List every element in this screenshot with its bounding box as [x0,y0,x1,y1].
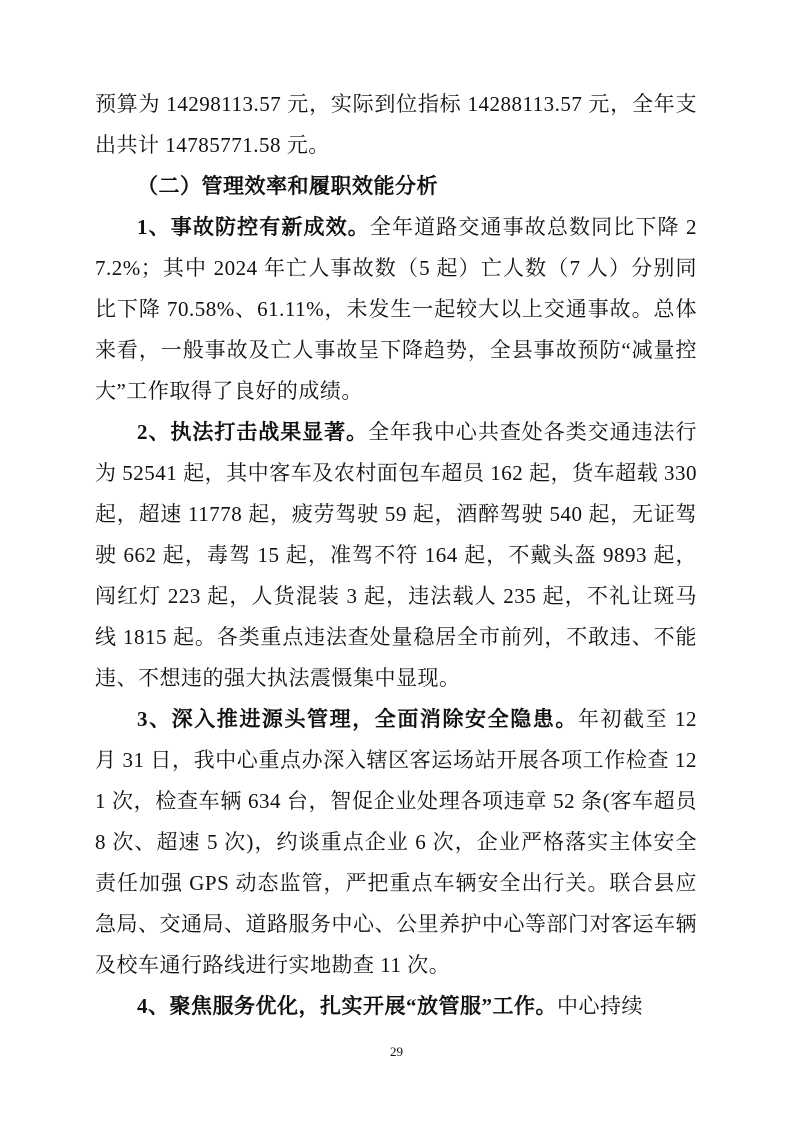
numbered-item-2-lead: 2、执法打击战果显著。 [137,420,368,444]
numbered-item-2: 2、执法打击战果显著。全年我中心共查处各类交通违法行为 52541 起，其中客车… [95,412,697,699]
section-heading: （二）管理效率和履职效能分析 [95,166,697,207]
numbered-item-3-body: 年初截至 12 月 31 日，我中心重点办深入辖区客运场站开展各项工作检查 12… [95,707,697,977]
continuation-paragraph: 预算为 14298113.57 元，实际到位指标 14288113.57 元，全… [95,84,697,166]
numbered-item-2-body: 全年我中心共查处各类交通违法行为 52541 起，其中客车及农村面包车超员 16… [95,420,697,690]
numbered-item-4-lead: 4、聚焦服务优化，扎实开展“放管服”工作。 [137,994,557,1018]
document-page: 预算为 14298113.57 元，实际到位指标 14288113.57 元，全… [0,0,793,1122]
document-text-block: 预算为 14298113.57 元，实际到位指标 14288113.57 元，全… [95,84,697,1027]
page-number: 29 [0,1044,793,1060]
numbered-item-1-body: 全年道路交通事故总数同比下降 27.2%；其中 2024 年亡人事故数（5 起）… [95,215,697,403]
numbered-item-3: 3、深入推进源头管理，全面消除安全隐患。年初截至 12 月 31 日，我中心重点… [95,699,697,986]
numbered-item-1-lead: 1、事故防控有新成效。 [137,215,370,239]
numbered-item-1: 1、事故防控有新成效。全年道路交通事故总数同比下降 27.2%；其中 2024 … [95,207,697,412]
numbered-item-4: 4、聚焦服务优化，扎实开展“放管服”工作。中心持续 [95,986,697,1027]
numbered-item-3-lead: 3、深入推进源头管理，全面消除安全隐患。 [137,707,578,731]
numbered-item-4-body: 中心持续 [557,994,643,1018]
